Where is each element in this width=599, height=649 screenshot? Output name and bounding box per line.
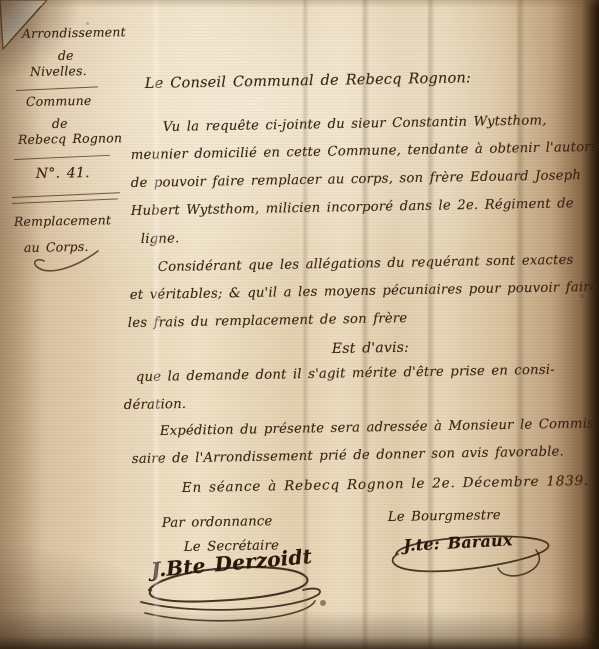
avis-heading: Est d'avis: (332, 340, 409, 357)
margin-district-name: Nivelles. (30, 63, 87, 79)
paper-blemish (86, 22, 89, 25)
body-para3-line2: dération. (124, 397, 187, 413)
body-para1-line2: meunier domicilié en cette Commune, tend… (131, 139, 599, 163)
margin-de-word: de (58, 48, 74, 63)
margin-dossier-number: N°. 41. (36, 165, 90, 182)
margin-subject-line1: Remplacement (14, 212, 111, 229)
body-para2-line1: Considérant que les allégations du requé… (158, 253, 574, 275)
margin-flourish (28, 248, 108, 278)
margin-de-word: de (52, 116, 68, 131)
margin-arrondissement-label: Arrondissement (22, 24, 126, 41)
body-para4-line1: Expédition du présente sera adressée à M… (160, 416, 599, 439)
margin-commune-name: Rebecq Rognon (18, 130, 123, 147)
body-para1-line1: Vu la requête ci-jointe du sieur Constan… (163, 113, 547, 135)
document-heading: Le Conseil Communal de Rebecq Rognon: (145, 70, 471, 92)
body-para1-line4: Hubert Wytsthom, milicien incorporé dans… (131, 196, 574, 219)
margin-rule (16, 86, 98, 91)
paper-blemish (320, 600, 326, 606)
body-para1-line3: de pouvoir faire remplacer au corps, son… (131, 168, 581, 191)
margin-rule (14, 155, 110, 160)
paper-blemish (580, 294, 584, 298)
body-para2-line3: les frais du remplacement de son frère (128, 311, 408, 331)
body-para2-line2: et véritables; & qu'il a les moyens pécu… (130, 280, 598, 303)
manuscript-photo: Arrondissement de Nivelles. Commune de R… (0, 0, 599, 649)
signature-ordinance-label: Par ordonnance (162, 514, 273, 531)
margin-rule (12, 198, 118, 204)
body-para4-line2: saire de l'Arrondissement prié de donner… (132, 444, 564, 467)
margin-commune-label: Commune (26, 93, 92, 109)
body-para3-line1: que la demande dont il s'agit mérite d'ê… (136, 363, 555, 385)
dateline: En séance à Rebecq Rognon le 2e. Décembr… (182, 473, 589, 496)
signature-mayor-title: Le Bourgmestre (388, 508, 501, 525)
body-para1-line5: ligne. (141, 231, 180, 247)
margin-rule (12, 192, 120, 198)
